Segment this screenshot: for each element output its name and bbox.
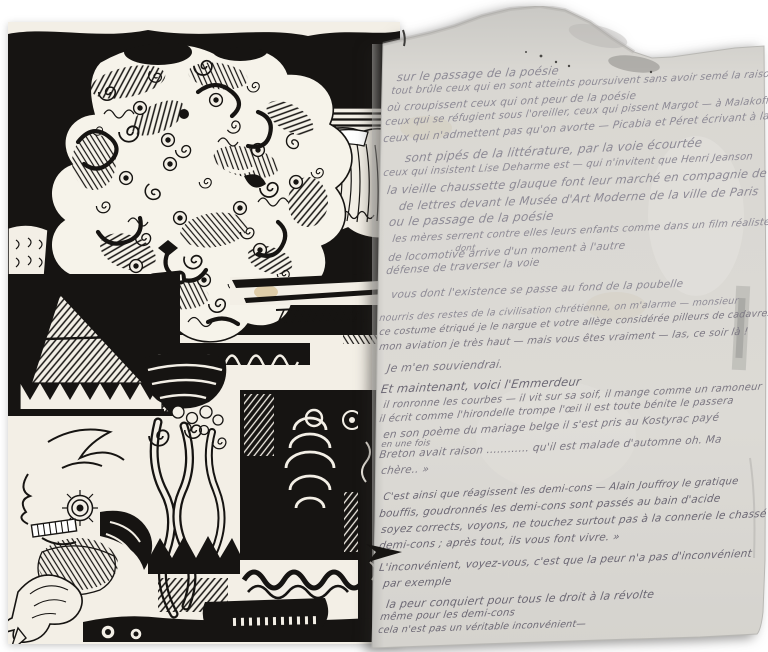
wave-band [240,560,375,600]
ink-drawing-panel [8,22,400,644]
manuscript-line: par exemple [382,576,452,590]
manuscript-text: sur le passage de la poésietout brûle ce… [366,6,768,652]
manuscript-line: la peur conquiert pour tous le droit à l… [385,588,655,611]
artwork-photo: sur le passage de la poésietout brûle ce… [0,0,768,652]
manuscript-sheet: sur le passage de la poésietout brûle ce… [366,6,768,652]
ink-mark [364,540,404,566]
manuscript-line: L'inconvénient, voyez-vous, c'est que la… [378,548,752,574]
manuscript-line: Je m'en souviendrai. [386,358,504,376]
sawtooth-band [18,383,164,414]
coil-panel [240,390,375,560]
manuscript-line: vous dont l'existence se passe au fond d… [390,278,684,301]
manuscript-line: chère.. » [380,463,430,477]
